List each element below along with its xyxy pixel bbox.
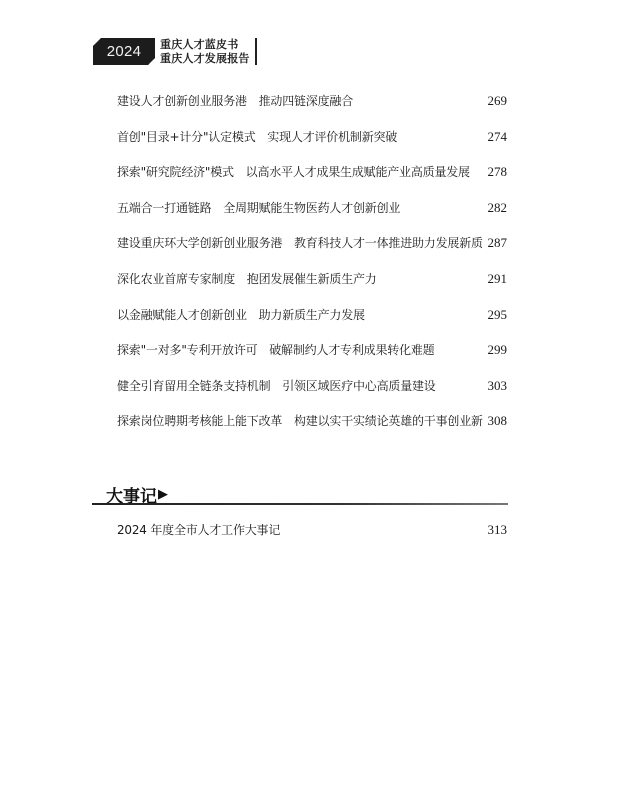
toc-entry[interactable]: 以金融赋能人才创新创业 助力新质生产力发展 295 (117, 306, 507, 342)
toc-entry-title: 探索"一对多"专利开放许可 破解制约人才专利成果转化难题 (117, 341, 434, 359)
toc-entry-page: 295 (487, 306, 507, 324)
toc-entry[interactable]: 建设重庆环大学创新创业服务港 教育科技人才一体推进助力发展新质生产力 287 (117, 234, 507, 270)
toc-entry-title: 首创"目录+计分"认定模式 实现人才评价机制新突破 (117, 128, 397, 146)
toc-entry[interactable]: 2024 年度全市人才工作大事记 313 (117, 521, 507, 557)
toc-entry-page: 299 (487, 341, 507, 359)
toc-entry[interactable]: 五端合一打通链路 全周期赋能生物医药人才创新创业 282 (117, 199, 507, 235)
toc-entry-page: 287 (487, 234, 507, 252)
toc-entry-title: 建设人才创新创业服务港 推动四链深度融合 (117, 92, 353, 110)
page-header: 2024 重庆人才蓝皮书 重庆人才发展报告 (93, 37, 257, 66)
toc-entry-title: 建设重庆环大学创新创业服务港 教育科技人才一体推进助力发展新质生产力 (117, 234, 483, 252)
toc-entry-page: 313 (487, 521, 507, 539)
toc-entry-page: 282 (487, 199, 507, 217)
toc-entry-page: 308 (487, 412, 507, 430)
toc-entry[interactable]: 首创"目录+计分"认定模式 实现人才评价机制新突破 274 (117, 128, 507, 164)
toc-entry-page: 278 (487, 163, 507, 181)
toc-entry-page: 303 (487, 377, 507, 395)
toc-entry[interactable]: 健全引育留用全链条支持机制 引领区域医疗中心高质量建设 303 (117, 377, 507, 413)
section-divider (92, 503, 508, 505)
toc-entry[interactable]: 建设人才创新创业服务港 推动四链深度融合 269 (117, 92, 507, 128)
toc-entry-page: 274 (487, 128, 507, 146)
year-badge: 2024 (93, 38, 155, 65)
toc-entry[interactable]: 探索"研究院经济"模式 以高水平人才成果生成赋能产业高质量发展 278 (117, 163, 507, 199)
toc-entry-title: 2024 年度全市人才工作大事记 (117, 521, 280, 539)
toc-entry-title: 探索"研究院经济"模式 以高水平人才成果生成赋能产业高质量发展 (117, 163, 470, 181)
major-events-list: 2024 年度全市人才工作大事记 313 (117, 521, 507, 557)
toc-entry-page: 291 (487, 270, 507, 288)
toc-entry[interactable]: 深化农业首席专家制度 抱团发展催生新质生产力 291 (117, 270, 507, 306)
header-divider (255, 38, 257, 65)
series-title: 重庆人才蓝皮书 (160, 38, 250, 52)
toc-entry[interactable]: 探索岗位聘期考核能上能下改革 构建以实干实绩论英雄的干事创业新格局 308 (117, 412, 507, 448)
triangle-right-icon: ▶ (158, 487, 168, 502)
toc-entry[interactable]: 探索"一对多"专利开放许可 破解制约人才专利成果转化难题 299 (117, 341, 507, 377)
toc-entry-title: 以金融赋能人才创新创业 助力新质生产力发展 (117, 306, 365, 324)
toc-entry-title: 健全引育留用全链条支持机制 引领区域医疗中心高质量建设 (117, 377, 436, 395)
toc-entry-title: 探索岗位聘期考核能上能下改革 构建以实干实绩论英雄的干事创业新格局 (117, 412, 483, 430)
toc-entry-title: 五端合一打通链路 全周期赋能生物医药人才创新创业 (117, 199, 400, 217)
header-titles: 重庆人才蓝皮书 重庆人才发展报告 (160, 38, 250, 66)
toc-entry-page: 269 (487, 92, 507, 110)
toc-entry-title: 深化农业首席专家制度 抱团发展催生新质生产力 (117, 270, 377, 288)
table-of-contents: 建设人才创新创业服务港 推动四链深度融合 269 首创"目录+计分"认定模式 实… (117, 92, 507, 448)
report-title: 重庆人才发展报告 (160, 52, 250, 66)
